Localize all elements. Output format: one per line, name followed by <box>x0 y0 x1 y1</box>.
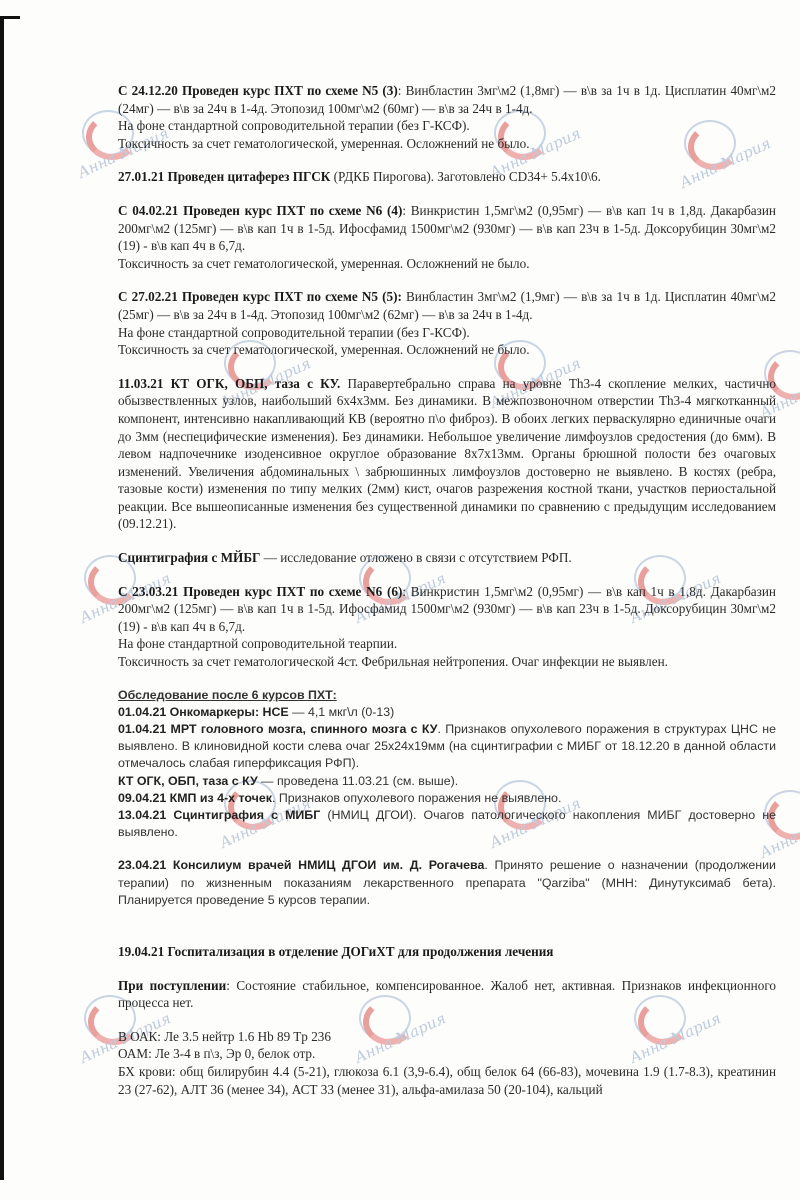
paragraph: Сцинтиграфия с МЙБГ — исследование отлож… <box>118 549 776 567</box>
lab-line: БХ крови: общ билирубин 4.4 (5-21), глюк… <box>118 1063 776 1098</box>
paragraph: При поступлении: Состояние стабильное, к… <box>118 977 776 1012</box>
paragraph: С 23.03.21 Проведен курс ПХТ по схеме N6… <box>118 583 776 636</box>
entry-heading: С 23.03.21 Проведен курс ПХТ по схеме N6… <box>118 584 402 599</box>
paragraph: На фоне стандартной сопроводительной тер… <box>118 117 776 135</box>
exam-item: 13.04.21 Сцинтиграфия с МИБГ (НМИЦ ДГОИ)… <box>118 807 776 841</box>
paragraph: С 24.12.20 Проведен курс ПХТ по схеме N5… <box>118 82 776 117</box>
exam-item: КТ ОГК, ОБП, таза с КУ — проведена 11.03… <box>118 773 776 790</box>
paragraph: С 27.02.21 Проведен курс ПХТ по схеме N5… <box>118 288 776 323</box>
ct-scan: 11.03.21 КТ ОГК, ОБП, таза с КУ. Паравер… <box>118 375 776 533</box>
entry-heading: Сцинтиграфия с МЙБГ <box>118 550 260 565</box>
medical-record-page: С 24.12.20 Проведен курс ПХТ по схеме N5… <box>118 82 776 1098</box>
exam-item: 01.04.21 МРТ головного мозга, спинного м… <box>118 721 776 773</box>
exam-item: 01.04.21 Онкомаркеры: НСЕ — 4,1 мкг\л (0… <box>118 704 776 721</box>
paragraph: Токсичность за счет гематологической, ум… <box>118 255 776 273</box>
lab-line: ОАМ: Ле 3-4 в п\з, Эр 0, белок отр. <box>118 1045 776 1063</box>
section-title: 19.04.21 Госпитализация в отделение ДОГи… <box>118 943 776 961</box>
scintigraphy-note: Сцинтиграфия с МЙБГ — исследование отлож… <box>118 549 776 567</box>
course-5: С 27.02.21 Проведен курс ПХТ по схеме N5… <box>118 288 776 358</box>
paragraph: 27.01.21 Проведен цитаферез ПГСК (РДКБ П… <box>118 168 776 186</box>
scan-edge-corner <box>0 16 20 19</box>
section-title: Обследование после 6 курсов ПХТ: <box>118 687 776 704</box>
exam-item: 09.04.21 КМП из 4-х точек. Признаков опу… <box>118 790 776 807</box>
hospitalization: 19.04.21 Госпитализация в отделение ДОГи… <box>118 943 776 1098</box>
paragraph: С 04.02.21 Проведен курс ПХТ по схеме N6… <box>118 202 776 255</box>
course-6: С 23.03.21 Проведен курс ПХТ по схеме N6… <box>118 583 776 671</box>
paragraph: Токсичность за счет гематологической 4ст… <box>118 653 776 671</box>
paragraph: На фоне стандартной сопроводительной тер… <box>118 324 776 342</box>
paragraph: Токсичность за счет гематологической, ум… <box>118 135 776 153</box>
entry-heading: С 27.02.21 Проведен курс ПХТ по схеме N5… <box>118 289 402 304</box>
paragraph: На фоне стандартной сопроводительной теа… <box>118 635 776 653</box>
course-3: С 24.12.20 Проведен курс ПХТ по схеме N5… <box>118 82 776 152</box>
entry-heading: 27.01.21 Проведен цитаферез ПГСК <box>118 169 330 184</box>
entry-heading: С 04.02.21 Проведен курс ПХТ по схеме N6… <box>118 203 402 218</box>
paragraph: 11.03.21 КТ ОГК, ОБП, таза с КУ. Паравер… <box>118 375 776 533</box>
entry-heading: 11.03.21 КТ ОГК, ОБП, таза с КУ. <box>118 376 340 391</box>
course-4: С 04.02.21 Проведен курс ПХТ по схеме N6… <box>118 202 776 272</box>
scan-edge-vertical <box>0 16 4 1180</box>
entry-heading: С 24.12.20 Проведен курс ПХТ по схеме N5… <box>118 83 398 98</box>
paragraph: Токсичность за счет гематологической, ум… <box>118 341 776 359</box>
lab-line: В ОАК: Ле 3.5 нейтр 1.6 Hb 89 Tp 236 <box>118 1028 776 1046</box>
council-decision: 23.04.21 Консилиум врачей НМИЦ ДГОИ им. … <box>118 857 776 909</box>
post-treatment-exam: Обследование после 6 курсов ПХТ: 01.04.2… <box>118 687 776 909</box>
cytapheresis: 27.01.21 Проведен цитаферез ПГСК (РДКБ П… <box>118 168 776 186</box>
